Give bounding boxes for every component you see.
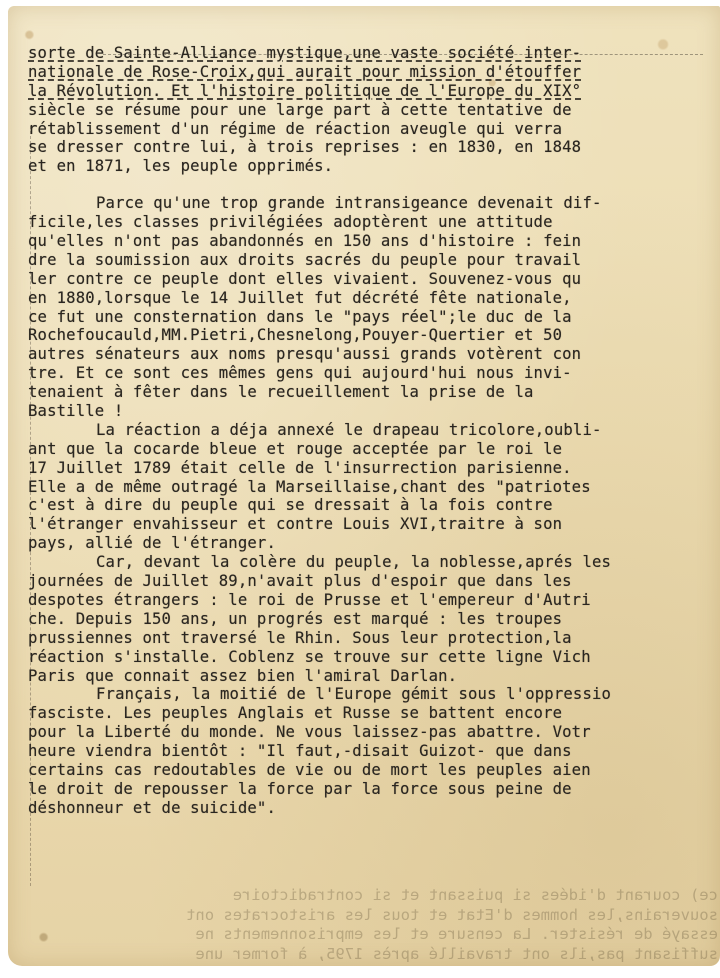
text-line: ficile,les classes privilégiées adoptère… (28, 213, 720, 232)
text-line: la Révolution. Et l'histoire politique d… (28, 82, 720, 101)
text-line: Bastille ! (28, 402, 720, 421)
text-line: despotes étrangers : le roi de Prusse et… (28, 591, 720, 610)
text-line: nationale de Rose-Croix,qui aurait pour … (28, 63, 720, 82)
text-line: La réaction a déja annexé le drapeau tri… (28, 421, 720, 440)
text-line: che. Depuis 150 ans, un progrés est marq… (28, 610, 720, 629)
text-line: rétablissement d'un régime de réaction a… (28, 120, 720, 139)
text-line: siècle se résume pour une large part à c… (28, 101, 720, 120)
text-line: Rochefoucauld,MM.Pietri,Chesnelong,Pouye… (28, 326, 720, 345)
text-line: qu'elles n'ont pas abandonnés en 150 ans… (28, 232, 720, 251)
text-line: dre la soumission aux droits sacrés du p… (28, 251, 720, 270)
text-line: heure viendra bientôt : "Il faut,-disait… (28, 742, 720, 761)
paragraph-p1: sorte de Sainte-Alliance mystique,une va… (28, 44, 720, 176)
text-line: Paris que connait assez bien l'amiral Da… (28, 667, 720, 686)
paragraph-gap (28, 176, 720, 194)
text-line: déshonneur et de suicide". (28, 799, 720, 818)
text-line: ler contre ce peuple dont elles vivaient… (28, 270, 720, 289)
text-line: ant que la cocarde bleue et rouge accept… (28, 440, 720, 459)
text-line: certains cas redoutables de vie ou de mo… (28, 761, 720, 780)
text-line: 17 Juillet 1789 était celle de l'insurre… (28, 459, 720, 478)
text-line: en 1880,lorsque le 14 Juillet fut décrét… (28, 289, 720, 308)
text-line: réaction s'installe. Coblenz se trouve s… (28, 648, 720, 667)
paragraph-p4: Car, devant la colère du peuple, la nobl… (28, 553, 720, 685)
text-line: tenaient à fêter dans le recueillement l… (28, 383, 720, 402)
text-line: pour la Liberté du monde. Ne vous laisse… (28, 723, 720, 742)
text-line: fasciste. Les peuples Anglais et Russe s… (28, 704, 720, 723)
paragraph-p5: Français, la moitié de l'Europe gémit so… (28, 685, 720, 817)
text-line: et en 1871, les peuple opprimés. (28, 157, 720, 176)
text-line: ce fut une consternation dans le "pays r… (28, 308, 720, 327)
paragraph-p3: La réaction a déja annexé le drapeau tri… (28, 421, 720, 553)
text-line: Car, devant la colère du peuple, la nobl… (28, 553, 720, 572)
text-line: prussiennes ont traversé le Rhin. Sous l… (28, 629, 720, 648)
text-line: autres sénateurs aux noms presqu'aussi g… (28, 345, 720, 364)
text-line: journées de Juillet 89,n'avait plus d'es… (28, 572, 720, 591)
text-line: Parce qu'une trop grande intransigeance … (28, 194, 720, 213)
text-line: sorte de Sainte-Alliance mystique,une va… (28, 44, 720, 63)
text-line: le droit de repousser la force par la fo… (28, 780, 720, 799)
text-line: se dresser contre lui, à trois reprises … (28, 138, 720, 157)
text-line: l'étranger envahisseur et contre Louis X… (28, 515, 720, 534)
text-line: tre. Et ce sont ces mêmes gens qui aujou… (28, 364, 720, 383)
text-line: pays, allié de l'étranger. (28, 534, 720, 553)
reverse-side-showthrough: ce) courant d'idées si puissant et si co… (38, 886, 718, 964)
text-line: Elle a de même outragé la Marseillaise,c… (28, 478, 720, 497)
typewritten-body: sorte de Sainte-Alliance mystique,une va… (28, 44, 720, 818)
text-line: Français, la moitié de l'Europe gémit so… (28, 685, 720, 704)
paragraph-p2: Parce qu'une trop grande intransigeance … (28, 194, 720, 421)
text-line: c'est à dire du peuple qui se dressait à… (28, 496, 720, 515)
